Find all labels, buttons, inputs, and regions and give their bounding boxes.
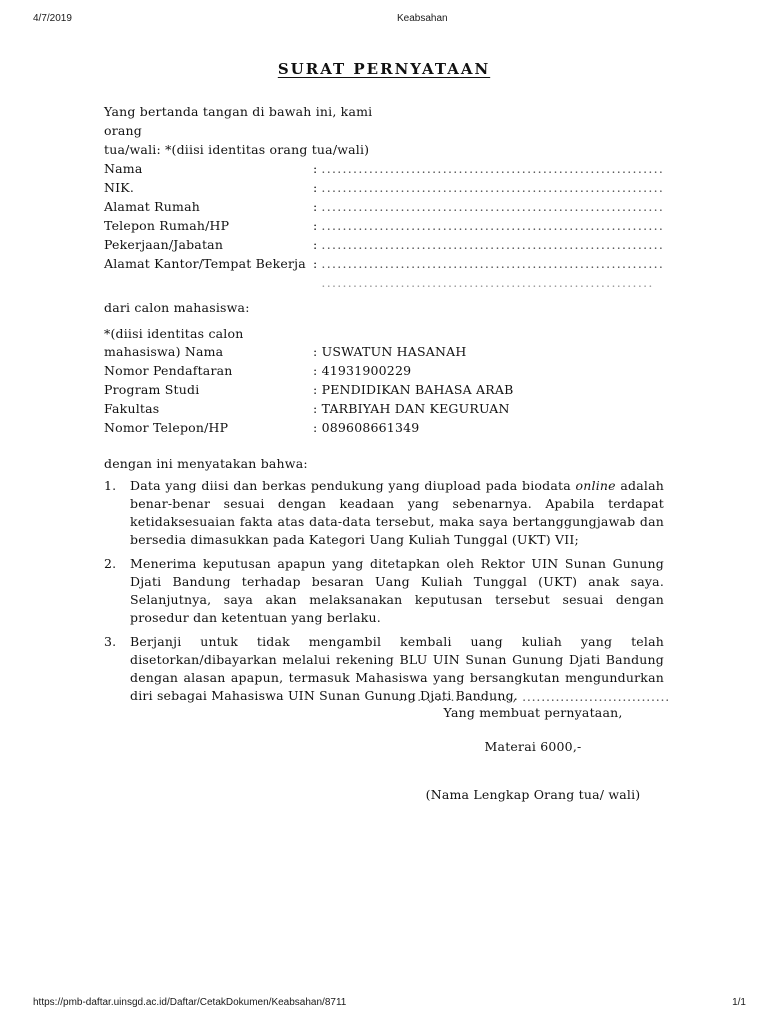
field-label-line: Nomor Telepon/HP	[104, 420, 228, 435]
student-field-row: Fakultas: TARBIYAH DAN KEGURUAN	[104, 400, 664, 419]
student-field-row: *(diisi identitas calonmahasiswa) Nama: …	[104, 325, 664, 362]
print-footer: https://pmb-daftar.uinsgd.ac.id/Daftar/C…	[33, 997, 746, 1008]
field-dotted-line: ........................................…	[321, 197, 664, 216]
document-title: SURAT PERNYATAAN	[0, 60, 768, 78]
parent-identity-fields: Nama:...................................…	[104, 159, 664, 273]
field-label: Alamat Kantor/Tempat Bekerja	[104, 254, 313, 273]
field-label-line: Nomor Pendaftaran	[104, 363, 233, 378]
parent-field-row: NIK.:...................................…	[104, 178, 664, 197]
field-label: Nama	[104, 159, 313, 178]
field-colon: :	[313, 197, 321, 216]
field-dotted-line: ........................................…	[321, 178, 664, 197]
statements-intro: dengan ini menyatakan bahwa:	[104, 454, 664, 473]
field-label-line: Fakultas	[104, 401, 159, 416]
field-line: :.......................................…	[313, 178, 664, 197]
statement-item: 1.Data yang diisi dan berkas pendukung y…	[104, 477, 664, 549]
field-line: :.......................................…	[313, 197, 664, 216]
statement-number: 1.	[104, 477, 130, 549]
field-value: : 41931900229	[313, 362, 411, 380]
parent-intro-line-1: Yang bertanda tangan di bawah ini, kami …	[104, 104, 372, 138]
field-line: :.......................................…	[313, 235, 664, 254]
student-section-intro: dari calon mahasiswa:	[104, 298, 664, 317]
address-continuation-dotted-line: ........................................…	[321, 273, 652, 292]
place-date-dotted-line: ........................, ..............…	[398, 690, 668, 704]
field-line: :.......................................…	[313, 216, 664, 235]
statement-text-part: Menerima keputusan apapun yang ditetapka…	[130, 556, 664, 625]
field-label-line: Program Studi	[104, 382, 199, 397]
field-label: Alamat Rumah	[104, 197, 313, 216]
field-label: Nomor Pendaftaran	[104, 362, 313, 380]
field-label: Nomor Telepon/HP	[104, 419, 313, 437]
statement-number: 3.	[104, 633, 130, 705]
student-field-row: Nomor Telepon/HP: 089608661349	[104, 419, 664, 438]
field-line: :.......................................…	[313, 159, 664, 178]
parent-field-row: Nama:...................................…	[104, 159, 664, 178]
student-identity-fields: *(diisi identitas calonmahasiswa) Nama: …	[104, 325, 664, 438]
field-label: Program Studi	[104, 381, 313, 399]
field-label: NIK.	[104, 178, 313, 197]
print-header: 4/7/2019 Keabsahan	[33, 13, 746, 24]
field-dotted-line: ........................................…	[321, 159, 664, 178]
statement-list: 1.Data yang diisi dan berkas pendukung y…	[104, 477, 664, 705]
parent-field-row: Telepon Rumah/HP:.......................…	[104, 216, 664, 235]
field-label: Fakultas	[104, 400, 313, 418]
field-dotted-line: ........................................…	[321, 235, 664, 254]
field-label: *(diisi identitas calonmahasiswa) Nama	[104, 325, 313, 361]
statement-text-part: Data yang diisi dan berkas pendukung yan…	[130, 478, 576, 493]
field-colon: :	[313, 178, 321, 197]
field-dotted-line: ........................................…	[321, 216, 664, 235]
print-page-title: Keabsahan	[397, 13, 448, 24]
student-field-row: Nomor Pendaftaran: 41931900229	[104, 362, 664, 381]
signature-block: ........................, ..............…	[398, 690, 668, 804]
parent-field-row: Alamat Kantor/Tempat Bekerja:...........…	[104, 254, 664, 273]
field-value: : TARBIYAH DAN KEGURUAN	[313, 400, 510, 418]
statement-number: 2.	[104, 555, 130, 627]
print-url: https://pmb-daftar.uinsgd.ac.id/Daftar/C…	[33, 997, 346, 1008]
parent-field-row: Pekerjaan/Jabatan:......................…	[104, 235, 664, 254]
field-label: Telepon Rumah/HP	[104, 216, 313, 235]
print-date: 4/7/2019	[33, 13, 72, 24]
field-dotted-line: ........................................…	[321, 254, 664, 273]
field-line: :.......................................…	[313, 254, 664, 273]
field-value: : USWATUN HASANAH	[313, 343, 466, 361]
parent-field-row: Alamat Rumah:...........................…	[104, 197, 664, 216]
stamp-note: Materai 6000,-	[398, 738, 668, 756]
statement-text: Menerima keputusan apapun yang ditetapka…	[130, 555, 664, 627]
student-field-row: Program Studi: PENDIDIKAN BAHASA ARAB	[104, 381, 664, 400]
signature-caption: Yang membuat pernyataan,	[398, 704, 668, 722]
document-body: Yang bertanda tangan di bawah ini, kami …	[104, 102, 664, 711]
page-indicator: 1/1	[732, 997, 746, 1008]
field-label-line: mahasiswa) Nama	[104, 344, 223, 359]
statement-text: Data yang diisi dan berkas pendukung yan…	[130, 477, 664, 549]
statement-item: 2.Menerima keputusan apapun yang ditetap…	[104, 555, 664, 627]
parent-section-intro: Yang bertanda tangan di bawah ini, kami …	[104, 102, 404, 159]
field-label-line: *(diisi identitas calon	[104, 326, 243, 341]
field-label: Pekerjaan/Jabatan	[104, 235, 313, 254]
signer-name-placeholder: (Nama Lengkap Orang tua/ wali)	[398, 786, 668, 804]
field-value: : PENDIDIKAN BAHASA ARAB	[313, 381, 514, 399]
field-colon: :	[313, 254, 321, 273]
address-continuation-row: : ......................................…	[104, 273, 664, 292]
field-colon: :	[313, 159, 321, 178]
parent-intro-line-2: tua/wali: *(diisi identitas orang tua/wa…	[104, 142, 369, 157]
printed-document-page: 4/7/2019 Keabsahan SURAT PERNYATAAN Yang…	[0, 0, 768, 1024]
field-value: : 089608661349	[313, 419, 419, 437]
field-colon: :	[313, 235, 321, 254]
field-colon: :	[313, 216, 321, 235]
statement-italic-term: online	[576, 478, 616, 493]
